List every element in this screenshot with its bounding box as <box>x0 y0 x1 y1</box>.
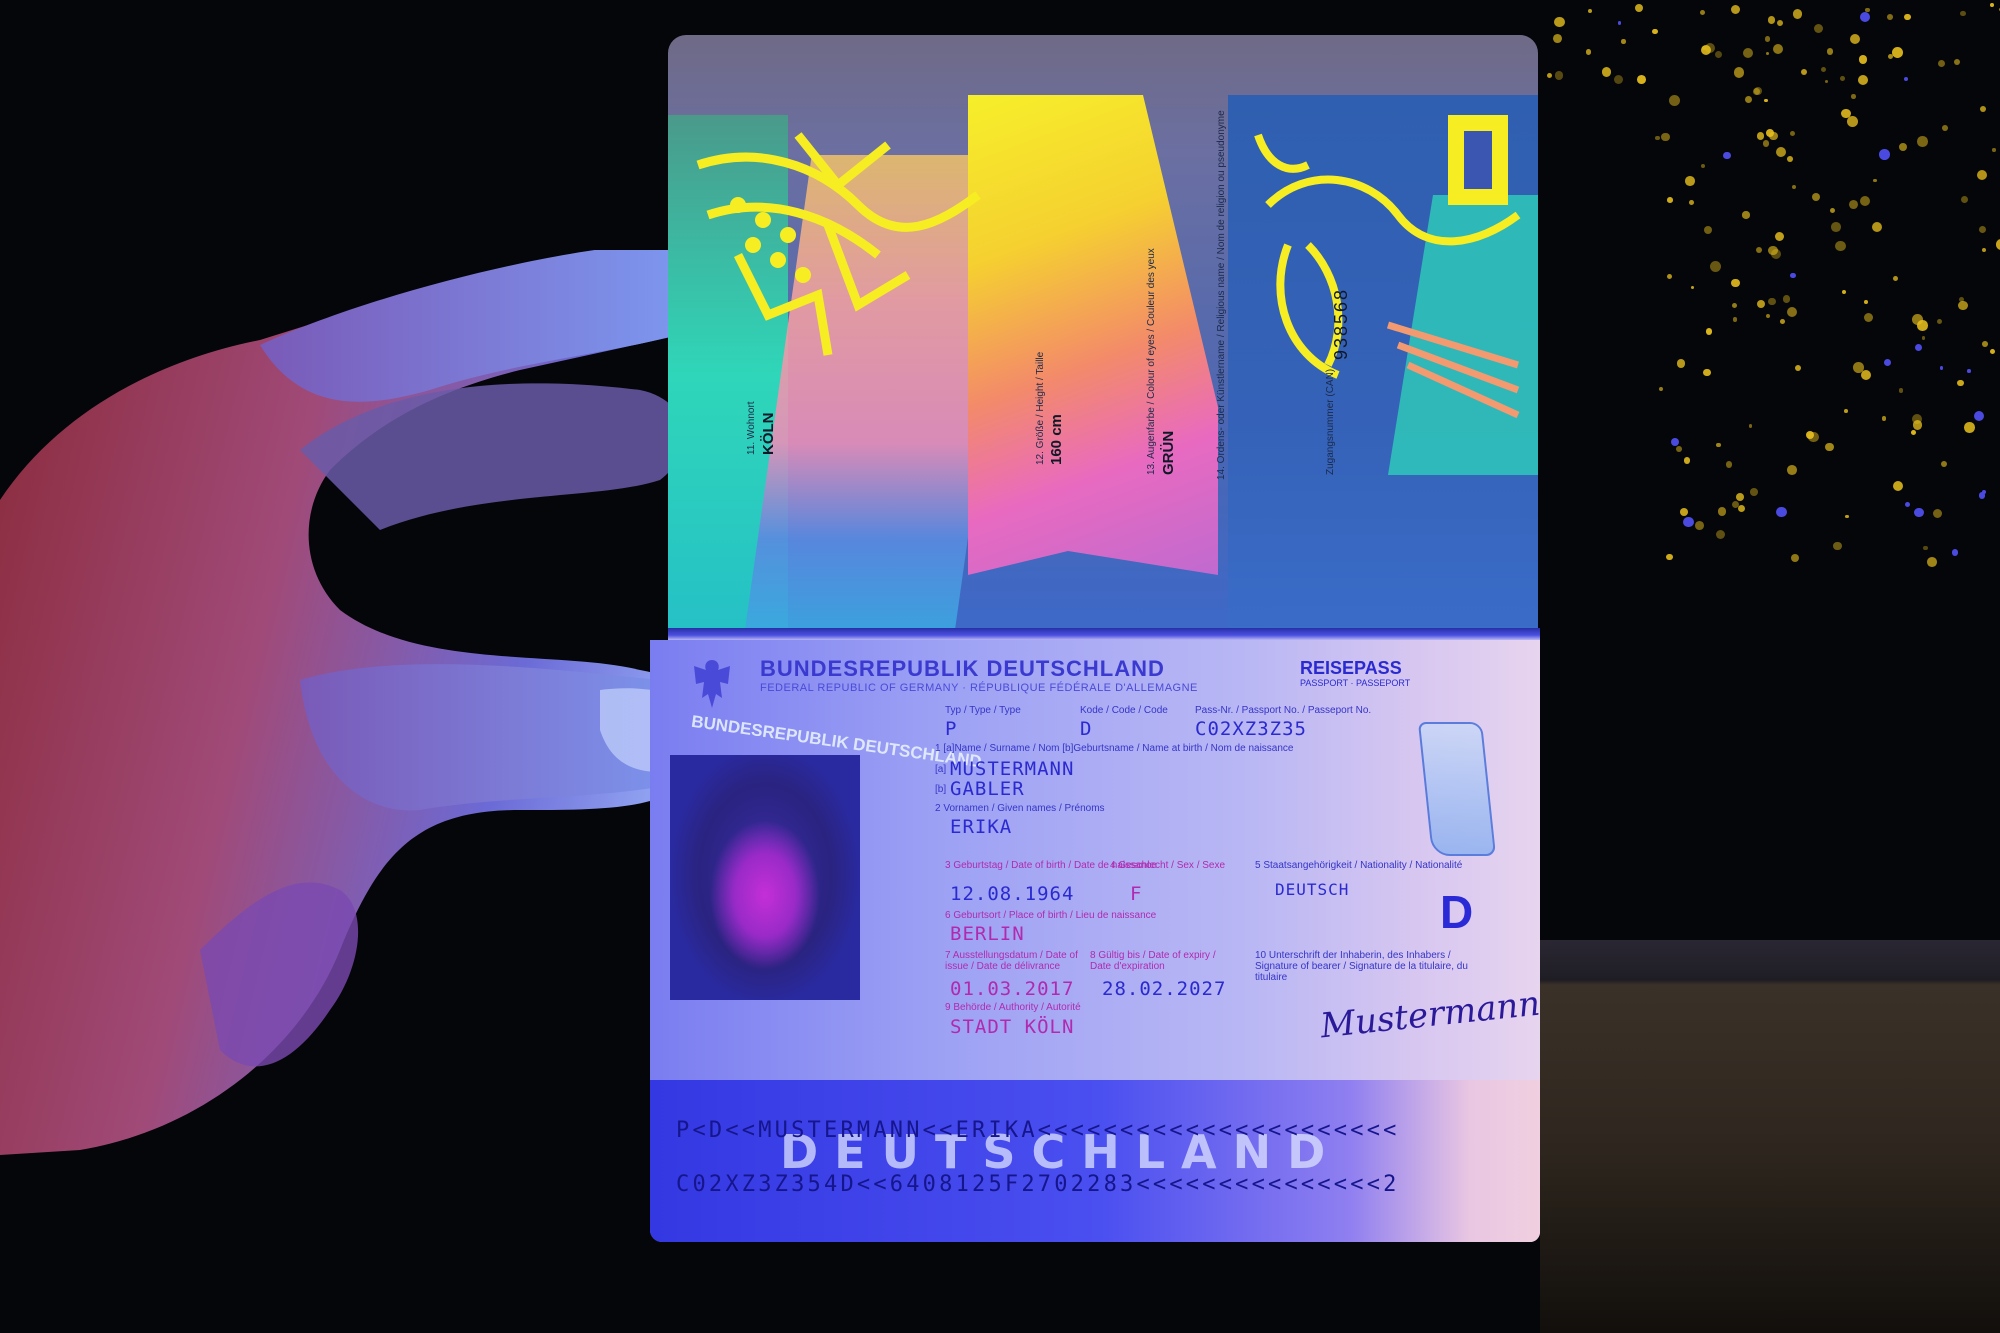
glitter-dot <box>1791 554 1799 562</box>
glitter-dot <box>1764 99 1767 102</box>
glitter-dot <box>1847 116 1858 127</box>
glitter-dot <box>1892 47 1903 58</box>
eye-color-label: 13. Augenfarbe / Colour of eyes / Couleu… <box>1146 248 1157 475</box>
glitter-dot <box>1787 465 1797 475</box>
federal-eagle-icon <box>690 658 734 710</box>
pob-label: 6 Geburtsort / Place of birth / Lieu de … <box>945 910 1156 921</box>
glitter-dot <box>1602 67 1612 77</box>
country-subtitle: FEDERAL REPUBLIC OF GERMANY · RÉPUBLIQUE… <box>760 682 1198 694</box>
glitter-dot <box>1922 336 1925 339</box>
glitter-dot <box>1977 170 1987 180</box>
passport-spine <box>668 628 1540 640</box>
glitter-dot <box>1992 148 1995 151</box>
glitter-dot <box>1858 75 1868 85</box>
can-number: 938568 <box>1331 288 1352 360</box>
glitter-dot <box>1787 156 1793 162</box>
glitter-dot <box>1685 176 1695 186</box>
glitter-dot <box>1933 509 1942 518</box>
birth-name-marker: [b] <box>935 784 946 795</box>
glitter-dot <box>1706 328 1713 335</box>
glitter-dot <box>1715 51 1722 58</box>
dob-value: 12.08.1964 <box>950 883 1074 905</box>
surname-marker: [a] <box>935 764 946 775</box>
glitter-dot <box>1864 300 1868 304</box>
document-subtitle: PASSPORT · PASSEPORT <box>1300 678 1410 688</box>
glitter-dot <box>1952 549 1959 556</box>
glitter-dot <box>1914 508 1923 517</box>
glitter-dot <box>1814 24 1823 33</box>
glitter-dot <box>1790 131 1795 136</box>
glitter-dot <box>1882 416 1887 421</box>
glitter-dot <box>1749 424 1753 428</box>
glitter-dot <box>1635 4 1643 12</box>
type-value: P <box>945 718 957 740</box>
table-surface <box>1540 940 2000 1333</box>
glitter-dot <box>1734 67 1744 77</box>
glitter-dot <box>1904 77 1908 81</box>
glitter-dot <box>1731 279 1740 288</box>
glitter-dot <box>1731 5 1740 14</box>
expiry-date-label: 8 Gültig bis / Date of expiry / Date d'e… <box>1090 950 1230 972</box>
glitter-dot <box>1723 152 1731 160</box>
glitter-dot <box>1775 232 1784 241</box>
glitter-dot <box>1967 369 1971 373</box>
glitter-dot <box>1899 143 1907 151</box>
glitter-dot <box>1780 319 1785 324</box>
glitter-dot <box>1677 359 1686 368</box>
glitter-dot <box>1618 21 1622 25</box>
glitter-dot <box>1766 314 1770 318</box>
glitter-dot <box>1825 443 1834 452</box>
glitter-dot <box>1927 557 1937 567</box>
glitter-dot <box>1980 106 1986 112</box>
glitter-dot <box>1716 443 1720 447</box>
nationality-label: 5 Staatsangehörigkeit / Nationality / Na… <box>1255 860 1462 871</box>
glitter-dot <box>1915 344 1922 351</box>
glitter-dot <box>1754 87 1762 95</box>
mrz-zone: DEUTSCHLAND P<D<<MUSTERMANN<<ERIKA<<<<<<… <box>650 1080 1540 1242</box>
glitter-dot <box>1812 193 1820 201</box>
glitter-dot <box>1835 241 1845 251</box>
glitter-dot <box>1831 222 1841 232</box>
sex-value: F <box>1130 883 1142 905</box>
glitter-dot <box>1850 34 1860 44</box>
glitter-dot <box>1806 431 1814 439</box>
glitter-dot <box>1695 521 1704 530</box>
glitter-dot <box>1554 17 1564 27</box>
glitter-dot <box>1689 200 1694 205</box>
glitter-dot <box>1705 43 1715 53</box>
hand <box>0 250 720 1333</box>
glitter-dot <box>1833 542 1841 550</box>
glitter-dot <box>1905 502 1910 507</box>
code-value: D <box>1080 718 1092 740</box>
glitter-dot <box>1655 136 1659 140</box>
glitter-dot <box>1792 185 1796 189</box>
glitter-dot <box>1683 517 1694 528</box>
glitter-dot <box>1553 34 1562 43</box>
glitter-dot <box>1941 461 1947 467</box>
glitter-dot <box>1756 247 1762 253</box>
glitter-dot <box>1777 20 1783 26</box>
glitter-dot <box>1893 276 1898 281</box>
mrz-line-2: C02XZ3Z354D<<6408125F2702283<<<<<<<<<<<<… <box>676 1172 1400 1197</box>
sex-label: 4 Geschlecht / Sex / Sexe <box>1110 860 1225 871</box>
glitter-dot <box>1704 226 1712 234</box>
glitter-dot <box>1873 179 1876 182</box>
glitter-dot <box>1942 125 1948 131</box>
glitter-dot <box>1680 508 1688 516</box>
glitter-dot <box>1795 365 1801 371</box>
hologram-window <box>1418 722 1496 856</box>
glitter-dot <box>1917 136 1928 147</box>
passport-inner-page: 11. Wohnort KÖLN 12. Größe / Height / Ta… <box>668 35 1538 635</box>
glitter-dot <box>1911 430 1916 435</box>
expiry-date-value: 28.02.2027 <box>1102 978 1226 1000</box>
glitter-dot <box>1923 546 1927 550</box>
glitter-dot <box>1937 319 1942 324</box>
nationality-value: DEUTSCH <box>1275 880 1349 899</box>
country-title: BUNDESREPUBLIK DEUTSCHLAND <box>760 656 1165 682</box>
glitter-dot <box>1979 492 1985 498</box>
glitter-dot <box>1716 530 1725 539</box>
glitter-dot <box>1700 10 1705 15</box>
glitter-dot <box>1586 49 1591 54</box>
glitter-dot <box>1765 36 1771 42</box>
glitter-dot <box>1961 196 1968 203</box>
glitter-dot <box>1893 481 1904 492</box>
glitter-dot <box>1964 422 1974 432</box>
glitter-dot <box>1771 249 1781 259</box>
glitter-dot <box>1773 44 1783 54</box>
passport-no-label: Pass-Nr. / Passport No. / Passeport No. <box>1195 705 1371 716</box>
glitter-dot <box>1899 388 1904 393</box>
glitter-dot <box>1842 290 1846 294</box>
glitter-dot <box>1732 303 1737 308</box>
glitter-dot <box>1667 197 1673 203</box>
glitter-dot <box>1845 515 1849 519</box>
eagle-motif-left-icon <box>678 105 1008 435</box>
glitter-dot <box>1701 164 1705 168</box>
glitter-dot <box>1793 9 1802 18</box>
glitter-dot <box>1825 80 1828 83</box>
passport-data-page: BUNDESREPUBLIK DEUTSCHLAND FEDERAL REPUB… <box>650 640 1540 1242</box>
glitter-dot <box>1621 39 1625 43</box>
glitter-dot <box>1614 75 1624 85</box>
glitter-dot <box>1860 196 1870 206</box>
authority-label: 9 Behörde / Authority / Autorité <box>945 1002 1081 1013</box>
glitter-dot <box>1783 295 1791 303</box>
glitter-dot <box>1840 76 1845 81</box>
glitter-dot <box>1821 67 1826 72</box>
eye-color-value: GRÜN <box>1160 431 1177 475</box>
residence-value: KÖLN <box>760 413 777 456</box>
glitter-dot <box>1745 96 1752 103</box>
glitter-dot <box>1884 359 1891 366</box>
glitter-dot <box>1757 300 1765 308</box>
passport-no-value: C02XZ3Z35 <box>1195 718 1307 740</box>
glitter-dot <box>1588 9 1592 13</box>
glitter-dot <box>1776 147 1786 157</box>
glitter-dot <box>1703 369 1711 377</box>
glitter-dot <box>1979 226 1986 233</box>
glitter-dot <box>1555 71 1564 80</box>
glitter-dot <box>1996 239 2000 250</box>
issue-date-value: 01.03.2017 <box>950 978 1074 1000</box>
residence-label: 11. Wohnort <box>746 401 757 455</box>
glitter-dot <box>1904 14 1911 21</box>
glitter-dot <box>1684 457 1691 464</box>
type-label: Typ / Type / Type <box>945 705 1021 716</box>
glitter-dot <box>1859 55 1868 64</box>
name-label: 1 [a]Name / Surname / Nom [b]Geburtsname… <box>935 743 1294 754</box>
glitter-dot <box>1743 48 1753 58</box>
religious-name-label: 14. Ordens- oder Künstlername / Religiou… <box>1216 110 1227 480</box>
glitter-dot <box>1736 493 1744 501</box>
glitter-dot <box>1776 507 1787 518</box>
glitter-background <box>1540 0 2000 560</box>
glitter-dot <box>1912 314 1923 325</box>
glitter-dot <box>1851 94 1856 99</box>
glitter-dot <box>1827 48 1833 54</box>
glitter-dot <box>1661 133 1670 142</box>
glitter-dot <box>1860 12 1870 22</box>
glitter-dot <box>1676 446 1682 452</box>
glitter-dot <box>1652 29 1658 35</box>
glitter-dot <box>1954 59 1960 65</box>
glitter-dot <box>1659 387 1663 391</box>
holder-photo <box>670 755 860 1000</box>
bearer-signature: Mustermann <box>1319 984 1540 1047</box>
glitter-dot <box>1887 14 1893 20</box>
mrz-line-1: P<D<<MUSTERMANN<<ERIKA<<<<<<<<<<<<<<<<<<… <box>676 1118 1400 1143</box>
birth-name-value: GABLER <box>950 778 1025 800</box>
given-names-value: ERIKA <box>950 816 1012 838</box>
glitter-dot <box>1940 366 1943 369</box>
glitter-dot <box>1710 261 1721 272</box>
glitter-dot <box>1547 73 1553 79</box>
glitter-dot <box>1671 438 1679 446</box>
glitter-dot <box>1982 341 1988 347</box>
glitter-dot <box>1757 132 1765 140</box>
given-names-label: 2 Vornamen / Given names / Prénoms <box>935 803 1105 814</box>
glitter-dot <box>1667 274 1673 280</box>
glitter-dot <box>1763 140 1769 146</box>
glitter-dot <box>1960 11 1965 16</box>
glitter-dot <box>1864 313 1874 323</box>
glitter-dot <box>1888 54 1894 60</box>
glitter-dot <box>1750 488 1758 496</box>
glitter-dot <box>1879 149 1890 160</box>
authority-value: STADT KÖLN <box>950 1016 1074 1038</box>
glitter-dot <box>1990 349 1995 354</box>
glitter-dot <box>1872 222 1882 232</box>
issue-date-label: 7 Ausstellungsdatum / Date of issue / Da… <box>945 950 1085 972</box>
glitter-dot <box>1974 411 1984 421</box>
can-label: Zugangsnummer (CAN) <box>1325 369 1336 475</box>
glitter-dot <box>1738 505 1745 512</box>
country-code-large: D <box>1440 885 1473 939</box>
height-label: 12. Größe / Height / Taille <box>1035 352 1046 465</box>
glitter-dot <box>1726 461 1732 467</box>
glitter-dot <box>1990 3 1994 7</box>
glitter-dot <box>1830 208 1835 213</box>
glitter-dot <box>1669 95 1680 106</box>
glitter-dot <box>1938 60 1945 67</box>
glitter-dot <box>1768 16 1776 24</box>
glitter-dot <box>1861 370 1871 380</box>
glitter-dot <box>1957 380 1964 387</box>
glitter-dot <box>1691 286 1695 290</box>
document-title: REISEPASS <box>1300 658 1402 679</box>
glitter-dot <box>1787 307 1797 317</box>
glitter-dot <box>1742 211 1749 218</box>
surname-value: MUSTERMANN <box>950 758 1074 780</box>
glitter-dot <box>1768 298 1775 305</box>
glitter-dot <box>1958 301 1968 311</box>
code-label: Kode / Code / Code <box>1080 705 1168 716</box>
glitter-dot <box>1733 317 1737 321</box>
glitter-dot <box>1801 69 1807 75</box>
height-value: 160 cm <box>1048 414 1065 465</box>
glitter-dot <box>1666 554 1673 561</box>
glitter-dot <box>1637 75 1646 84</box>
eagle-motif-right-icon <box>1228 105 1538 435</box>
glitter-dot <box>1718 507 1727 516</box>
pob-value: BERLIN <box>950 923 1025 945</box>
glitter-dot <box>1844 409 1848 413</box>
glitter-dot <box>1766 52 1769 55</box>
glitter-dot <box>1790 273 1795 278</box>
glitter-dot <box>1849 200 1858 209</box>
signature-label: 10 Unterschrift der Inhaberin, des Inhab… <box>1255 950 1475 983</box>
glitter-dot <box>1982 248 1986 252</box>
